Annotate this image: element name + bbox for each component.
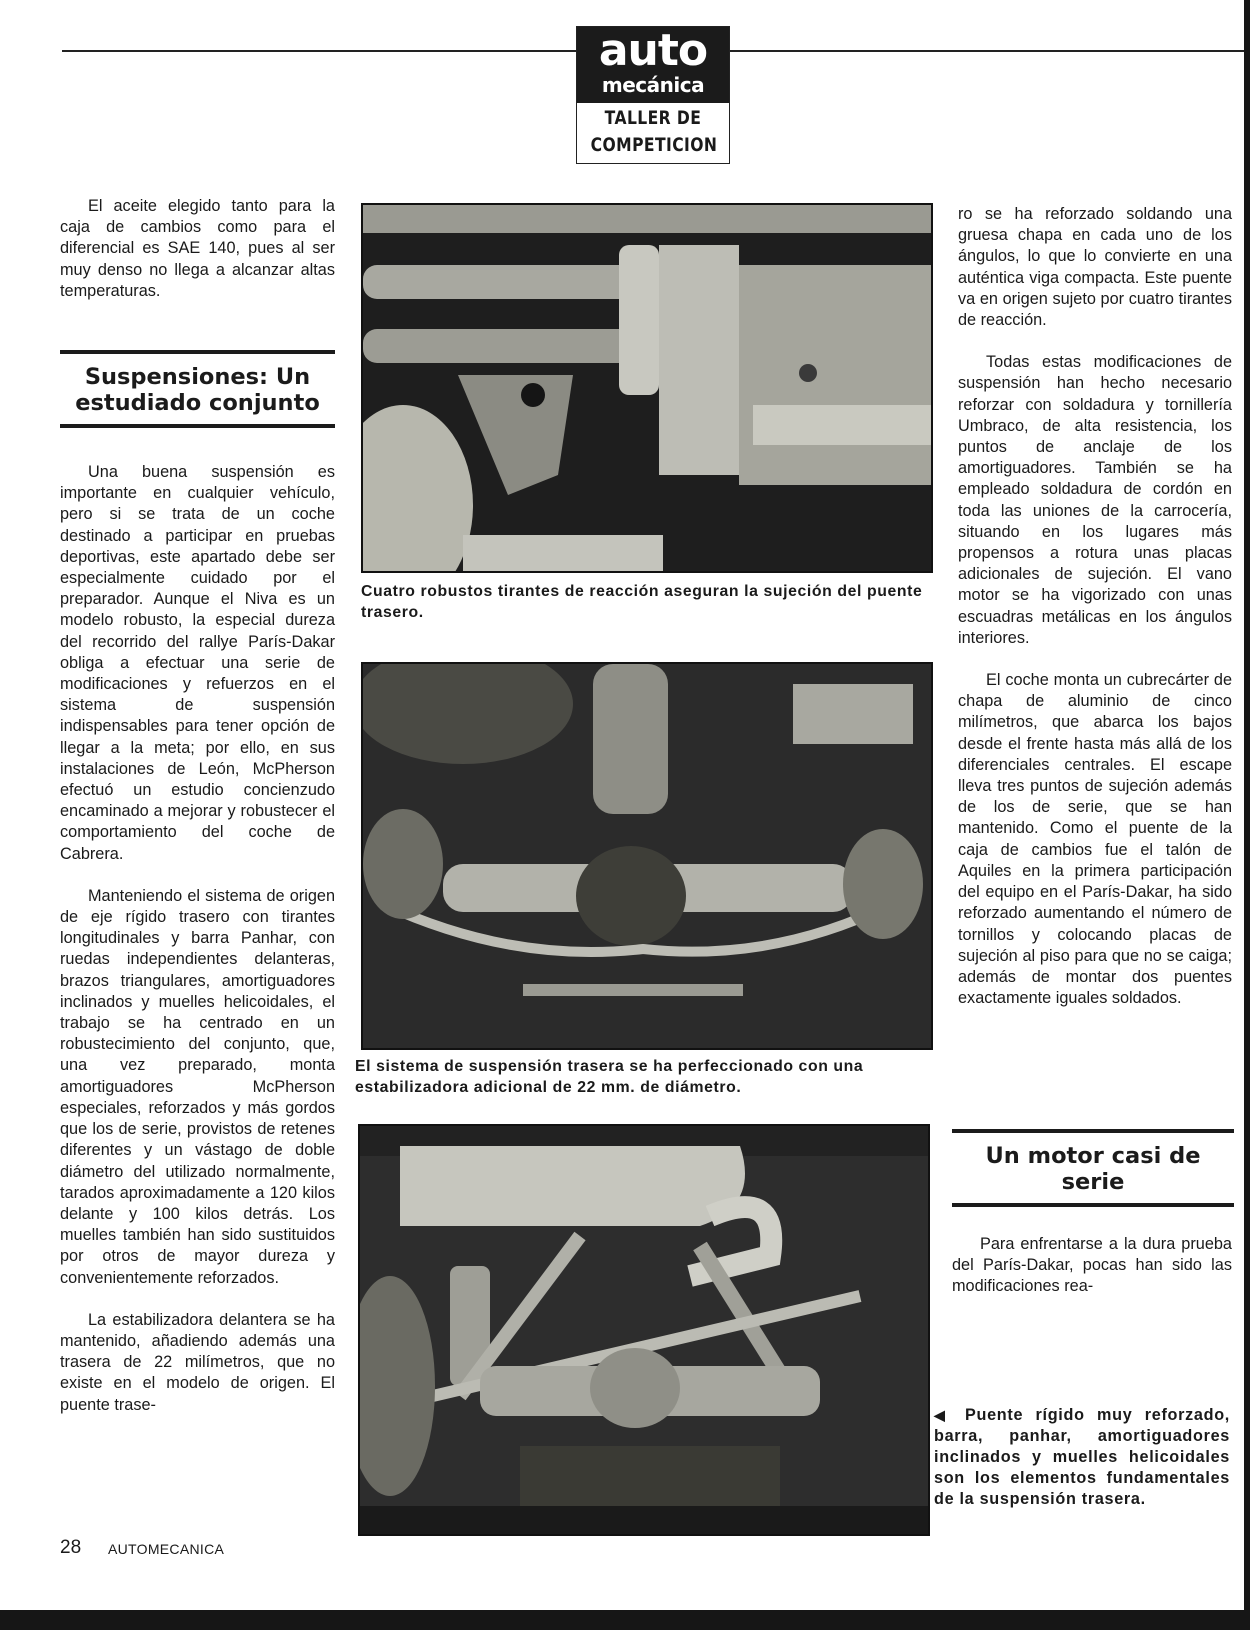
photo-caption-3: ◀ Puente rígido muy reforzado, barra, pa… — [934, 1405, 1230, 1510]
intro-paragraph: El aceite elegido tanto para la caja de … — [60, 196, 335, 302]
body-paragraph: Para enfrentarse a la dura prueba del Pa… — [952, 1234, 1232, 1298]
section-heading-motor: Un motor casi de serie — [952, 1129, 1234, 1207]
right-body-after-heading: Para enfrentarse a la dura prueba del Pa… — [952, 1234, 1232, 1298]
heading-rule-bottom — [952, 1203, 1234, 1207]
arrow-left-icon: ◀ — [934, 1407, 953, 1423]
body-paragraph: ro se ha reforzado soldando una gruesa c… — [958, 204, 1232, 331]
body-paragraph: Una buena suspensión es importante en cu… — [60, 462, 335, 865]
left-intro: El aceite elegido tanto para la caja de … — [60, 196, 335, 302]
photo-rigid-axle-image — [360, 1126, 928, 1534]
photo-caption-2: El sistema de suspensión trasera se ha p… — [355, 1056, 935, 1098]
right-body: ro se ha reforzado soldando una gruesa c… — [958, 204, 1232, 1009]
photo-caption-1: Cuatro robustos tirantes de reacción ase… — [361, 581, 931, 623]
page-number: 28 — [60, 1537, 81, 1559]
photo-reaction-rods — [361, 203, 933, 573]
heading-rule-top — [60, 350, 335, 354]
photo-caption-3-text: Puente rígido muy reforzado, barra, panh… — [934, 1406, 1230, 1508]
body-paragraph: Manteniendo el sistema de origen de eje … — [60, 886, 335, 1289]
body-paragraph: El coche monta un cubrecárter de chapa d… — [958, 670, 1232, 1009]
body-paragraph: La estabilizadora delantera se ha manten… — [60, 1310, 335, 1416]
photo-reaction-rods-image — [363, 205, 931, 571]
magazine-name: AUTOMECANICA — [108, 1541, 224, 1557]
logo-black-band: auto mecánica — [577, 27, 729, 103]
photo-rigid-axle-panhard — [358, 1124, 930, 1536]
header-rule-left — [62, 50, 576, 52]
magazine-logo: auto mecánica TALLER DE COMPETICION — [576, 26, 730, 164]
photo-rear-axle-stabilizer — [361, 662, 933, 1050]
heading-rule-bottom — [60, 424, 335, 428]
section-line-1: TALLER DE — [591, 105, 716, 132]
scan-edge-right — [1244, 0, 1250, 1630]
scan-edge-bottom — [0, 1610, 1250, 1630]
header-rule-right — [728, 50, 1244, 52]
heading-title: Suspensiones: Un estudiado conjunto — [60, 364, 335, 416]
section-line-2: COMPETICION — [591, 132, 716, 159]
heading-title: Un motor casi de serie — [952, 1143, 1234, 1195]
heading-rule-top — [952, 1129, 1234, 1133]
logo-auto-text: auto — [577, 29, 729, 73]
logo-mecanica-text: mecánica — [577, 73, 729, 97]
section-label: TALLER DE COMPETICION — [591, 105, 716, 159]
section-heading-suspensiones: Suspensiones: Un estudiado conjunto — [60, 350, 335, 428]
left-body: Una buena suspensión es importante en cu… — [60, 462, 335, 1416]
photo-rear-axle-image — [363, 664, 931, 1048]
body-paragraph: Todas estas modificaciones de suspensión… — [958, 352, 1232, 649]
